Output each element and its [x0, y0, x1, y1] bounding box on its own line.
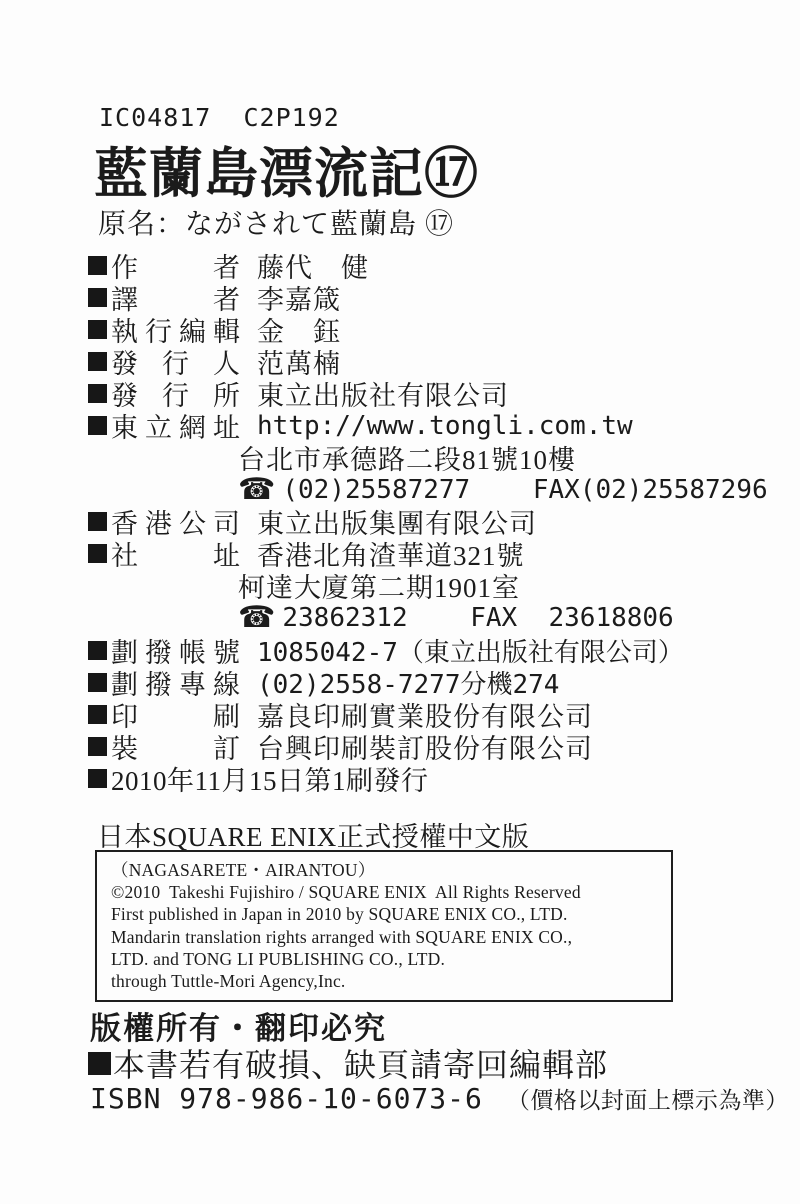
credit-row-taipei-phone: ☎ (02)25587277 FAX(02)25587296	[88, 474, 728, 506]
credit-label: 東立網址	[111, 406, 240, 445]
phone-icon: ☎	[238, 475, 275, 505]
credit-row-postal-account: 劃撥帳號 1085042-7（東立出版社有限公司）	[88, 634, 728, 666]
credit-row-printer: 印刷 嘉良印刷實業股份有限公司	[88, 698, 728, 730]
credits-list: 作者 藤代 健 譯者 李嘉箴 執行編輯 金 鈺 發行人 范萬楠 發行所 東立出版…	[88, 249, 728, 795]
bullet-square-icon	[88, 352, 107, 371]
damage-notice-row: 本書若有破損、缺頁請寄回編輯部	[88, 1040, 608, 1086]
copyright-line: LTD. and TONG LI PUBLISHING CO., LTD.	[111, 948, 661, 970]
bullet-square-icon	[88, 512, 107, 531]
phone-icon: ☎	[238, 603, 275, 633]
credit-row-publisher-person: 發行人 范萬楠	[88, 345, 728, 377]
bullet-square-icon	[88, 256, 107, 275]
credit-row-postal-hotline: 劃撥專線 (02)2558-7277分機274	[88, 666, 728, 698]
credit-row-binding: 裝訂 台興印刷裝訂股份有限公司	[88, 730, 728, 762]
address-line: 台北市承德路二段81號10樓	[238, 438, 576, 477]
bullet-square-icon	[88, 288, 107, 307]
copyright-line: through Tuttle-Mori Agency,Inc.	[111, 970, 661, 992]
credit-row-hk-address2: 柯達大廈第二期1901室	[88, 570, 728, 602]
print-date: 2010年11月15日第1刷發行	[111, 759, 429, 798]
credit-row-print-date: 2010年11月15日第1刷發行	[88, 763, 728, 795]
credit-row-executive-editor: 執行編輯 金 鈺	[88, 313, 728, 345]
credit-label: 社址	[111, 534, 240, 573]
credit-row-hk-company: 香港公司 東立出版集團有限公司	[88, 506, 728, 538]
bullet-square-icon	[88, 641, 107, 660]
credit-row-website: 東立網址 http://www.tongli.com.tw	[88, 409, 728, 441]
credit-row-translator: 譯者 李嘉箴	[88, 281, 728, 313]
book-title: 藍蘭島漂流記⑰	[94, 131, 479, 208]
copyright-line: Mandarin translation rights arranged wit…	[111, 926, 661, 948]
isbn-number: ISBN 978-986-10-6073-6	[90, 1082, 483, 1115]
credit-row-author: 作者 藤代 健	[88, 249, 728, 281]
isbn-row: ISBN 978-986-10-6073-6 （價格以封面上標示為準）	[90, 1082, 789, 1115]
bullet-square-icon	[88, 1052, 111, 1075]
phone-fax-numbers: 23862312 FAX 23618806	[282, 603, 673, 633]
copyright-line: First published in Japan in 2010 by SQUA…	[111, 903, 661, 925]
credit-value: 東立出版社有限公司	[257, 374, 509, 413]
credit-row-hk-phone: ☎ 23862312 FAX 23618806	[88, 602, 728, 634]
bullet-square-icon	[88, 384, 107, 403]
phone-fax-numbers: (02)25587277 FAX(02)25587296	[282, 475, 767, 505]
copyright-line: （NAGASARETE・AIRANTOU）	[111, 859, 661, 881]
license-heading: 日本SQUARE ENIX正式授權中文版	[97, 815, 529, 854]
bullet-square-icon	[88, 769, 107, 788]
bullet-square-icon	[88, 737, 107, 756]
bullet-square-icon	[88, 320, 107, 339]
product-code: IC04817 C2P192	[99, 103, 340, 132]
credit-row-hk-address: 社址 香港北角渣華道321號	[88, 538, 728, 570]
original-title: 原名：ながされて藍蘭島 ⑰	[98, 202, 454, 242]
bullet-square-icon	[88, 544, 107, 563]
address-line: 柯達大廈第二期1901室	[238, 566, 520, 605]
credit-row-publishing-house: 發行所 東立出版社有限公司	[88, 377, 728, 409]
bullet-square-icon	[88, 705, 107, 724]
copyright-box: （NAGASARETE・AIRANTOU） ©2010 Takeshi Fuji…	[95, 850, 673, 1002]
bullet-square-icon	[88, 673, 107, 692]
credit-row-taipei-address: 台北市承德路二段81號10樓	[88, 442, 728, 474]
bullet-square-icon	[88, 416, 107, 435]
copyright-line: ©2010 Takeshi Fujishiro / SQUARE ENIX Al…	[111, 881, 661, 903]
website-url: http://www.tongli.com.tw	[257, 411, 633, 441]
damage-notice: 本書若有破損、缺頁請寄回編輯部	[113, 1040, 608, 1086]
price-note: （價格以封面上標示為準）	[507, 1082, 789, 1115]
